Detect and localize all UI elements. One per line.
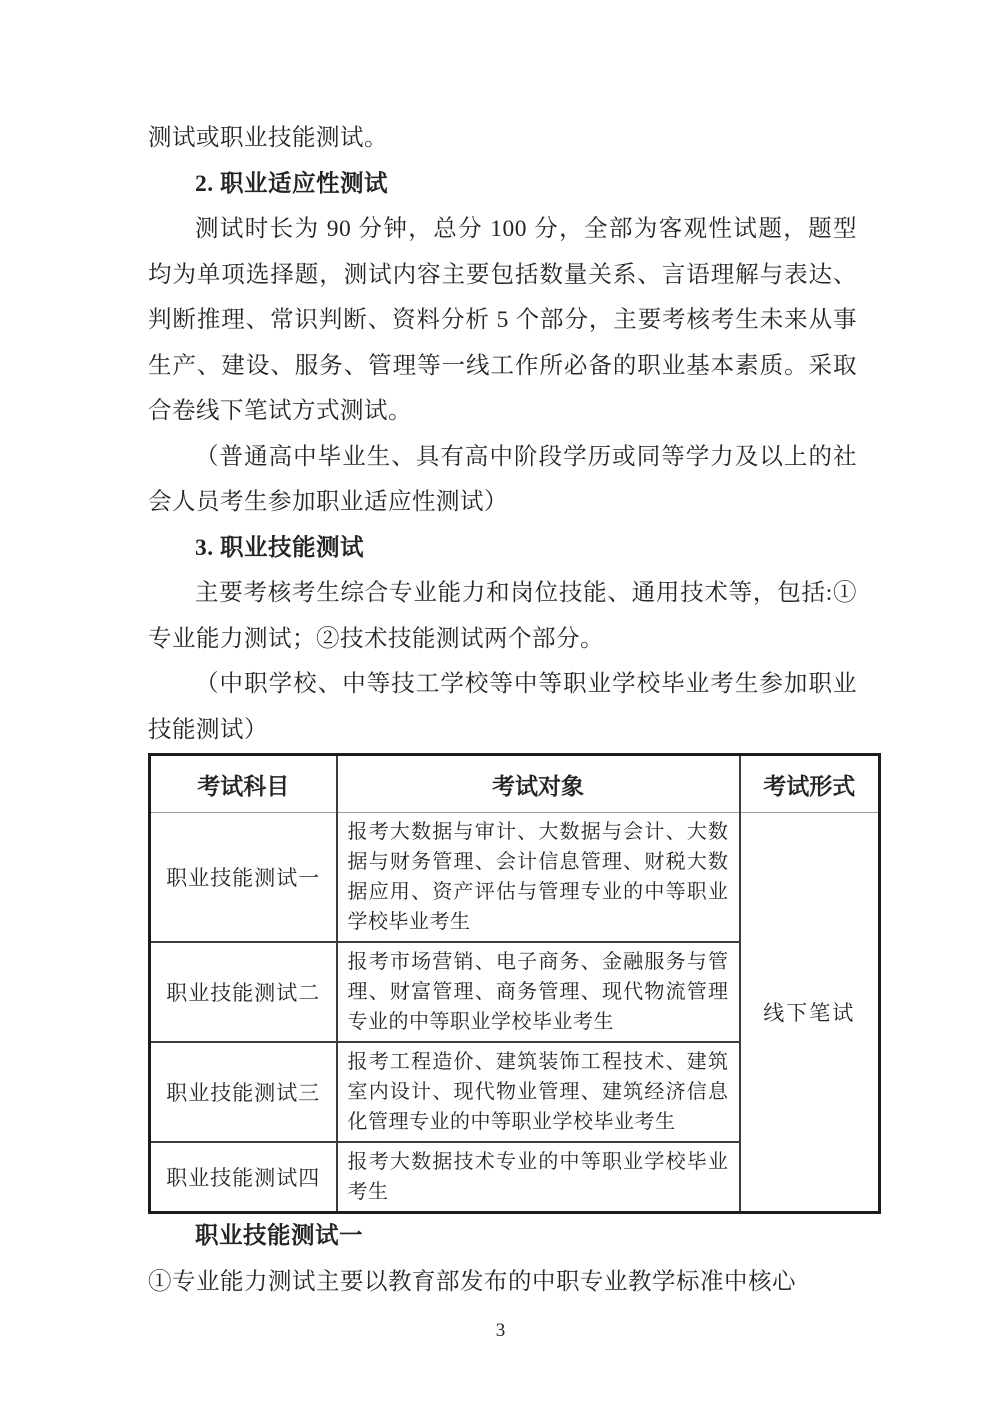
cell-audience-test-3: 报考工程造价、建筑装饰工程技术、建筑室内设计、现代物业管理、建筑经济信息化管理专…: [337, 1042, 740, 1142]
column-header-exam-subject: 考试科目: [150, 755, 337, 813]
table-header-row: 考试科目 考试对象 考试形式: [150, 755, 880, 813]
cell-audience-test-2: 报考市场营销、电子商务、金融服务与管理、财富管理、商务管理、现代物流管理专业的中…: [337, 942, 740, 1042]
column-header-exam-audience: 考试对象: [337, 755, 740, 813]
cell-subject-test-4: 职业技能测试四: [150, 1142, 337, 1213]
table-row: 职业技能测试一 报考大数据与审计、大数据与会计、大数据与财务管理、会计信息管理、…: [150, 813, 880, 943]
cell-subject-test-3: 职业技能测试三: [150, 1042, 337, 1142]
paragraph-skill-test-details: 主要考核考生综合专业能力和岗位技能、通用技术等，包括:①专业能力测试；②技术技能…: [148, 571, 857, 662]
heading-skill-test-one: 职业技能测试一: [148, 1214, 857, 1260]
paragraph-adaptability-test-details: 测试时长为 90 分钟，总分 100 分，全部为客观性试题，题型均为单项选择题，…: [148, 207, 857, 435]
cell-subject-test-2: 职业技能测试二: [150, 942, 337, 1042]
cell-subject-test-1: 职业技能测试一: [150, 813, 337, 943]
continued-paragraph: 测试或职业技能测试。: [148, 116, 857, 162]
note-skill-test-audience: （中职学校、中等技工学校等中等职业学校毕业考生参加职业技能测试）: [148, 662, 857, 753]
cell-audience-test-4: 报考大数据技术专业的中等职业学校毕业考生: [337, 1142, 740, 1213]
page-number: 3: [0, 1320, 1001, 1342]
note-adaptability-test-audience: （普通高中毕业生、具有高中阶段学历或同等学力及以上的社会人员考生参加职业适应性测…: [148, 435, 857, 526]
cell-exam-format-merged: 线下笔试: [740, 813, 880, 1213]
heading-occupational-adaptability-test: 2. 职业适应性测试: [148, 162, 857, 208]
cell-audience-test-1: 报考大数据与审计、大数据与会计、大数据与财务管理、会计信息管理、财税大数据应用、…: [337, 813, 740, 943]
exam-subjects-table: 考试科目 考试对象 考试形式 职业技能测试一 报考大数据与审计、大数据与会计、大…: [148, 753, 881, 1214]
paragraph-skill-test-one-details: ①专业能力测试主要以教育部发布的中职专业教学标准中核心: [148, 1260, 857, 1306]
page-content: 测试或职业技能测试。 2. 职业适应性测试 测试时长为 90 分钟，总分 100…: [148, 116, 857, 1305]
column-header-exam-format: 考试形式: [740, 755, 880, 813]
document-page: 测试或职业技能测试。 2. 职业适应性测试 测试时长为 90 分钟，总分 100…: [0, 0, 1001, 1415]
heading-vocational-skill-test: 3. 职业技能测试: [148, 526, 857, 572]
